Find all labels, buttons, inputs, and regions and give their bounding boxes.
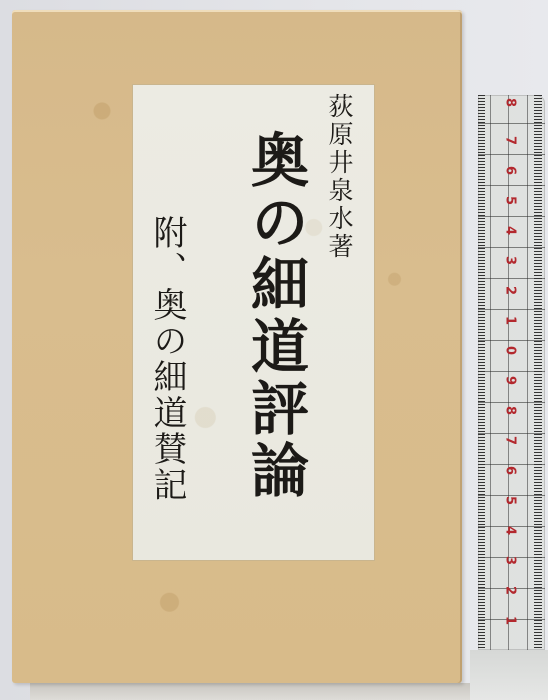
ruler: 8 7 6 5 4 3 2 1 0 9 8 7 6 5 4 3 2 1 xyxy=(478,95,545,650)
ruler-number: 2 xyxy=(503,281,518,301)
ruler-ticks-left xyxy=(478,95,485,650)
ruler-number: 7 xyxy=(503,131,518,151)
ruler-number: 2 xyxy=(503,581,518,601)
ruler-number: 5 xyxy=(503,491,518,511)
subtitle-text: 附、奥の細道賛記 xyxy=(143,215,192,503)
author-text: 荻原井泉水著 xyxy=(321,93,357,261)
ruler-number: 4 xyxy=(503,221,518,241)
book-title: 奥の細道評論 xyxy=(233,130,317,502)
ruler-number: 4 xyxy=(503,521,518,541)
ruler-base xyxy=(470,650,548,700)
box-shadow xyxy=(30,683,470,700)
ruler-number: 6 xyxy=(503,161,518,181)
ruler-number: 6 xyxy=(503,461,518,481)
ruler-ticks-right xyxy=(534,95,542,650)
ruler-number: 3 xyxy=(503,251,518,271)
title-label: 荻原井泉水著 奥の細道評論 附、奥の細道賛記 xyxy=(133,85,374,560)
ruler-number: 5 xyxy=(503,191,518,211)
ruler-number: 8 xyxy=(503,401,518,421)
ruler-number: 1 xyxy=(503,311,518,331)
ruler-number: 7 xyxy=(503,431,518,451)
ruler-number: 1 xyxy=(503,611,518,631)
ruler-number: 8 xyxy=(503,93,518,113)
ruler-number: 0 xyxy=(503,341,518,361)
ruler-number: 9 xyxy=(503,371,518,391)
ruler-number: 3 xyxy=(503,551,518,571)
